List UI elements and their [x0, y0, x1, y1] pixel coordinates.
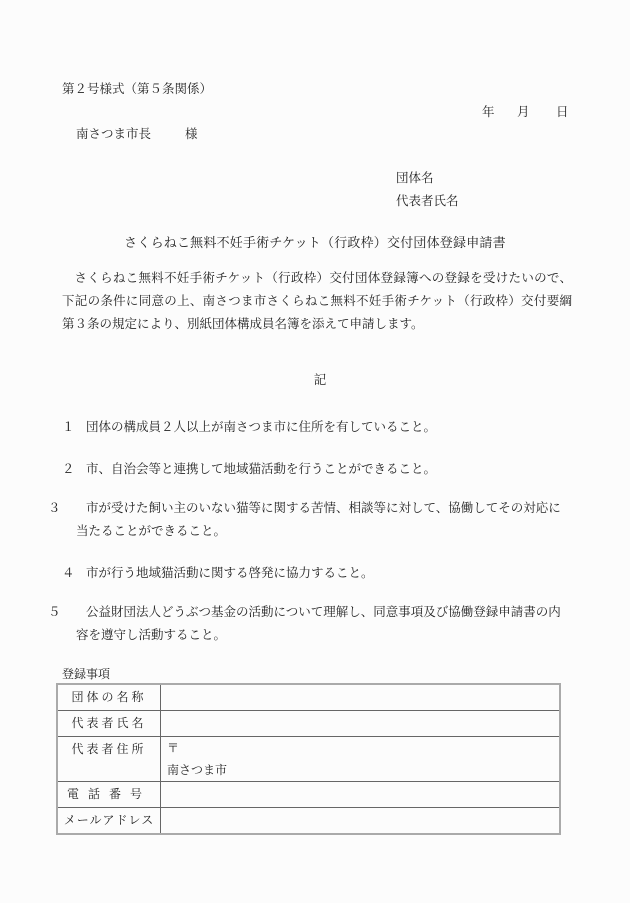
- address-value: 南さつま市: [167, 759, 559, 781]
- condition-item: ５公益財団法人どうぶつ基金の活動について理解し、同意事項及び協働登録申請書の内容…: [62, 600, 572, 646]
- org-name-label: 団体名: [396, 170, 434, 186]
- form-number: 第２号様式（第５条関係）: [62, 81, 212, 97]
- honorific: 様: [185, 126, 198, 142]
- ki-heading: 記: [0, 372, 630, 388]
- representative-label: 代表者氏名: [396, 193, 459, 209]
- row-label: 団体の名称: [57, 684, 161, 711]
- condition-text: 公益財団法人どうぶつ基金の活動について理解し、同意事項及び協働登録申請書の内容を…: [76, 604, 561, 642]
- date-month-label: 月: [517, 104, 530, 120]
- table-row: 代表者氏名: [57, 711, 560, 737]
- org-name-field[interactable]: [161, 684, 561, 711]
- document-title: さくらねこ無料不妊手術チケット（行政枠）交付団体登録申請書: [0, 236, 630, 252]
- registration-table: 団体の名称 代表者氏名 代表者住所 〒 南さつま市 電話番号 メールアドレス: [56, 683, 561, 835]
- table-row: 電話番号: [57, 782, 560, 808]
- condition-item: ２市、自治会等と連携して地域猫活動を行うことができること。: [62, 457, 572, 480]
- date-year-label: 年: [482, 104, 495, 120]
- row-label: メールアドレス: [57, 808, 161, 835]
- condition-number: ５: [62, 600, 86, 623]
- registration-label: 登録事項: [62, 666, 110, 682]
- condition-text: 市、自治会等と連携して地域猫活動を行うことができること。: [86, 461, 436, 476]
- condition-number: １: [62, 415, 86, 438]
- email-field[interactable]: [161, 808, 561, 835]
- date-day-label: 日: [556, 104, 569, 120]
- condition-item: ３市が受けた飼い主のいない猫等に関する苦情、相談等に対して、協働してその対応に当…: [62, 496, 572, 542]
- condition-number: ３: [62, 496, 86, 519]
- table-row: 団体の名称: [57, 684, 560, 711]
- addressee: 南さつま市長: [76, 126, 151, 142]
- body-paragraph: さくらねこ無料不妊手術チケット（行政枠）交付団体登録簿への登録を受けたいので、下…: [62, 266, 572, 335]
- condition-text: 市が受けた飼い主のいない猫等に関する苦情、相談等に対して、協働してその対応に当た…: [76, 500, 561, 538]
- table-row: メールアドレス: [57, 808, 560, 835]
- condition-text: 団体の構成員２人以上が南さつま市に住所を有していること。: [86, 419, 436, 434]
- row-label: 代表者氏名: [57, 711, 161, 737]
- row-label: 電話番号: [57, 782, 161, 808]
- phone-field[interactable]: [161, 782, 561, 808]
- representative-name-field[interactable]: [161, 711, 561, 737]
- row-label: 代表者住所: [57, 737, 161, 782]
- representative-address-field[interactable]: 〒 南さつま市: [161, 737, 561, 782]
- condition-number: ４: [62, 561, 86, 584]
- condition-item: ４市が行う地域猫活動に関する啓発に協力すること。: [62, 561, 572, 584]
- table-row: 代表者住所 〒 南さつま市: [57, 737, 560, 782]
- condition-item: １団体の構成員２人以上が南さつま市に住所を有していること。: [62, 415, 572, 438]
- condition-text: 市が行う地域猫活動に関する啓発に協力すること。: [86, 565, 374, 580]
- postal-mark: 〒: [167, 737, 559, 759]
- condition-number: ２: [62, 457, 86, 480]
